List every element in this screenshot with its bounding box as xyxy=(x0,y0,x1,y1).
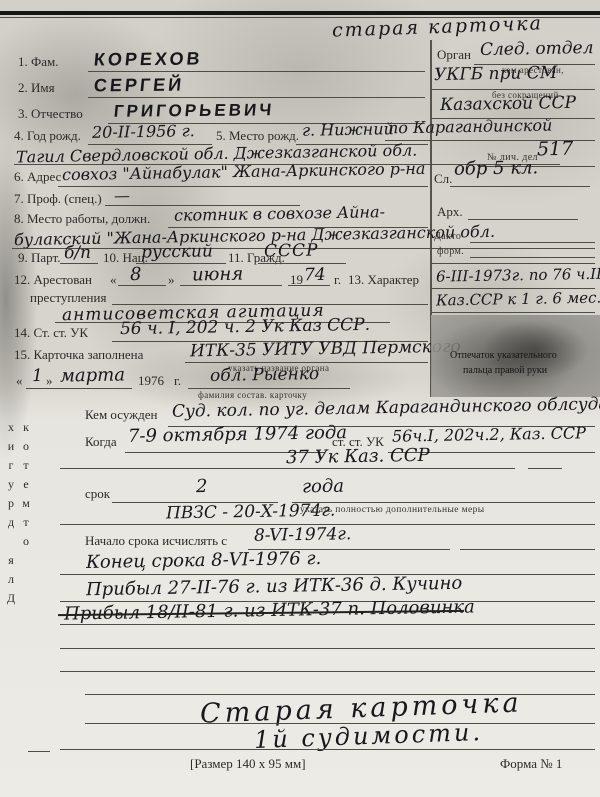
field-filled-label: 15. Карточка заполнена xyxy=(14,348,143,362)
rule xyxy=(432,263,595,264)
field-birthyear-value: 20-II-1956 г. xyxy=(92,123,195,141)
field-patronymic-label: 3. Отчество xyxy=(18,107,83,121)
old-card-note-line-2: 1й судимости. xyxy=(254,720,484,752)
field-workplace-value: скотник в совхозе Айна- xyxy=(174,204,385,224)
field-arrested-year-suffix: г. xyxy=(334,273,341,287)
rule xyxy=(60,624,595,625)
rule xyxy=(60,468,515,469)
rule xyxy=(292,502,595,503)
when-value: 7-9 октября 1974 года xyxy=(128,424,347,446)
quote-close-2: » xyxy=(46,374,53,388)
field-nationality-value: русский xyxy=(141,243,213,261)
term-start-value: 8-VI-1974г. xyxy=(254,526,352,545)
rule xyxy=(26,388,132,389)
sentenced-by-label: Кем осужден xyxy=(85,408,158,422)
field-address-value: совхоз "Айнабулак" Жана-Аркинского р-на xyxy=(62,161,426,183)
term-value: 2 xyxy=(196,478,208,496)
rule xyxy=(188,388,350,389)
fingerprint-label-1: Отпечаток указательного xyxy=(450,350,557,361)
field-firstname-label: 2. Имя xyxy=(18,81,55,95)
education-label: Сл. xyxy=(434,172,452,186)
term-end-value: Конец срока 8-VI-1976 г. xyxy=(86,550,322,572)
organ-value-3: Казахской ССР xyxy=(440,95,576,114)
term-label: срок xyxy=(85,487,110,501)
rule xyxy=(118,285,166,286)
field-filled-day: 1 xyxy=(32,368,43,385)
field-arrested-day: 8 xyxy=(130,266,142,284)
rule xyxy=(88,97,425,98)
archive-label: Арх. xyxy=(437,205,463,219)
rule xyxy=(470,242,595,243)
sentenced-by-value: Суд. кол. по уг. делам Карагандинского о… xyxy=(172,396,600,421)
field-crime-label: 13. Характер xyxy=(348,273,419,287)
rule xyxy=(28,751,50,752)
arrival-note-1: Прибыл 27-II-76 г. из ИТК-36 д. Кучино xyxy=(86,575,463,600)
field-filled-by-value: обл. Рыенко xyxy=(210,366,319,385)
scanned-prisoner-card: старая карточка 1. Фам. КОРЕХОВ 2. Имя С… xyxy=(0,0,600,797)
field-filled-value: ИТК-35 УИТУ УВД Пермского xyxy=(190,339,461,361)
field-articles-value: 56 ч. I, 202 ч. 2 Ук Каз ССР. xyxy=(120,317,370,338)
term-start-label: Начало срока исчислять с xyxy=(85,534,227,548)
rule xyxy=(60,263,98,264)
rule xyxy=(60,671,595,672)
field-workplace-label: 8. Место работы, должн. xyxy=(14,212,150,226)
field-birthplace-value: г. Нижний xyxy=(302,121,394,139)
size-note: [Размер 140 х 95 мм] xyxy=(190,757,306,771)
rule xyxy=(180,285,282,286)
organ-label: Орган xyxy=(437,48,471,62)
field-arrested-month: июня xyxy=(192,266,244,285)
quote-open: « xyxy=(110,273,117,287)
quote-open-2: « xyxy=(16,374,23,388)
articles-value: 56ч.I, 202ч.2, Каз. ССР xyxy=(392,425,586,444)
term-unit: года xyxy=(302,478,344,497)
field-address-label: 6. Адрес xyxy=(14,170,61,184)
quote-close: » xyxy=(168,273,175,287)
dakto-label-2: форм. xyxy=(437,246,464,257)
extra-measures-sub: указать полностью дополнительные меры xyxy=(300,505,485,515)
rule xyxy=(288,285,330,286)
top-note: старая карточка xyxy=(332,14,543,40)
prior-conviction-line-2: Каз.ССР к 1 г. 6 мес. xyxy=(436,291,600,309)
rule xyxy=(60,749,595,750)
rule xyxy=(470,257,595,258)
when-label: Когда xyxy=(85,435,117,449)
field-filled-year: 1976 xyxy=(138,374,164,388)
rule xyxy=(468,219,578,220)
field-surname-label: 1. Фам. xyxy=(18,55,59,69)
field-birthplace-label: 5. Место рожд. xyxy=(216,129,299,143)
rule xyxy=(432,312,595,313)
field-party-value: б/п xyxy=(64,245,91,262)
field-arrested-label: 12. Арестован xyxy=(14,273,92,287)
rule xyxy=(528,468,562,469)
fingerprint-label-2: пальца правой руки xyxy=(463,365,547,376)
field-profession-value: — xyxy=(114,188,130,204)
rule xyxy=(60,648,595,649)
field-firstname-value: СЕРГЕЙ xyxy=(93,76,185,95)
rule xyxy=(450,186,590,187)
field-profession-label: 7. Проф. (спец.) xyxy=(14,192,102,206)
form-number: Форма № 1 xyxy=(500,757,562,771)
field-patronymic-value: ГРИГОРЬЕВИЧ xyxy=(113,101,275,119)
field-citizenship-value: СССР xyxy=(264,243,319,261)
field-arrested-year-hw: 74 xyxy=(304,267,326,284)
organ-value-4: по Карагандинской xyxy=(388,118,553,137)
rule xyxy=(258,263,346,264)
dakto-label-1: Дакто xyxy=(434,231,461,242)
rule xyxy=(88,71,425,72)
field-party-label: 9. Парт. xyxy=(18,251,60,265)
rule xyxy=(460,549,595,550)
case-number-value: 517 xyxy=(537,140,574,160)
side-note: котемто хигурд ялД xyxy=(3,420,33,680)
field-surname-value: КОРЕХОВ xyxy=(93,50,203,69)
field-birthyear-label: 4. Год рожд. xyxy=(14,129,81,143)
prior-conviction-line-1: 6-III-1973г. по 76 ч.II Ук xyxy=(436,266,600,284)
education-value: обр 5 кл. xyxy=(454,159,538,178)
organ-value-2: УКГБ при СМ xyxy=(434,65,557,84)
organ-value-1: След. отдел xyxy=(480,40,594,59)
field-crime-label-2: преступления xyxy=(30,291,106,305)
articles-value-2: 37 Ук Каз. ССР xyxy=(286,447,430,468)
field-filled-month: марта xyxy=(60,366,125,385)
field-filled-year-suffix: г. xyxy=(174,374,181,388)
field-articles-label: 14. Ст. ст. УК xyxy=(14,326,88,340)
